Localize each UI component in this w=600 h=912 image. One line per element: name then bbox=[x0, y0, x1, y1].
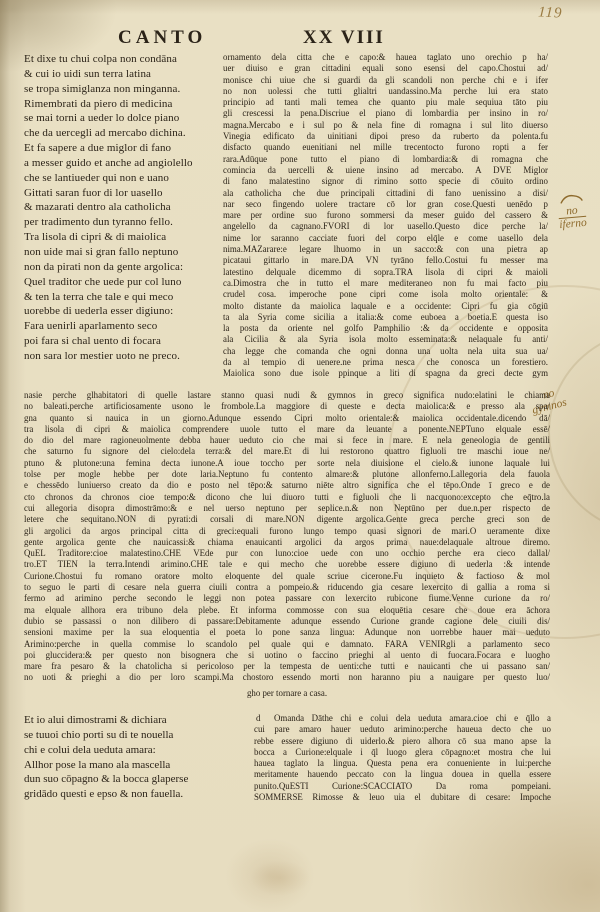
text-line: Rimembrati da piero di medicina bbox=[24, 97, 223, 112]
text-line: & mazarati dentro ala catholicha bbox=[24, 200, 223, 215]
text-line: comincia da uercelli & uiene insino ad m… bbox=[223, 165, 548, 176]
text-line: principio ad tanti mali temea che quanto… bbox=[223, 97, 548, 108]
text-line: ptuno & plutone:una femina decta iunone.… bbox=[24, 458, 550, 469]
commentary-full-width: nasie perche glhabitatori di quelle last… bbox=[24, 390, 550, 684]
text-line: non sara lor mestier uoto ne preco. bbox=[24, 349, 223, 364]
canto-number: XX VIII bbox=[303, 27, 385, 49]
text-line: che da uercegli ad mercabo dichina. bbox=[24, 126, 223, 141]
text-line: tolse per mogle hebbe per dote laria.Nep… bbox=[24, 469, 550, 480]
text-line: sensioni maxime per la sua eloquentia el… bbox=[24, 627, 550, 638]
text-line: nima.MAZarare:e legare lhuomo in un sacc… bbox=[223, 244, 548, 255]
text-line: gridādo questi e epso & non fauella. bbox=[24, 787, 254, 802]
text-line: to seguo le parti di cesare nela guerra … bbox=[24, 582, 550, 593]
text-line: disfacto quando euenitiani nel mille tre… bbox=[223, 142, 548, 153]
text-line: gna quanto si nauica in un giorno.Adunqu… bbox=[24, 413, 550, 424]
text-line: fermo ad arimino perche secondo le leggi… bbox=[24, 593, 550, 604]
text-line: di fano malatestino signor di rimino sot… bbox=[223, 176, 548, 187]
text-line: non da pirati non da gente argolica: bbox=[24, 260, 223, 275]
text-line: mare per ordine suo furono sommersi da m… bbox=[223, 210, 548, 221]
margin-note-upper: no iferno bbox=[544, 191, 599, 233]
verse-column-bottom: Et io alui dimostrami & dichiarase tuuoi… bbox=[24, 713, 254, 803]
text-line: uer diuiso e gran cittadini equali sono … bbox=[223, 63, 548, 74]
text-line: & ten la terra che tale e qui meco bbox=[24, 290, 223, 305]
text-line: e chessēdo luniuerso creato da dio e pos… bbox=[24, 480, 550, 491]
text-line: Arimino:perche in quella commise lo scan… bbox=[24, 639, 550, 650]
text-line: magna.Mercabo e i sul po & nela fine di … bbox=[223, 120, 548, 131]
text-line: se mai torni a ueder lo dolce piano bbox=[24, 111, 223, 126]
text-line: hauea taglato la lingua. Questa pena era… bbox=[254, 758, 551, 769]
paragraph-mark: d bbox=[256, 713, 261, 723]
text-line: no baleati.perche artificiosamente usono… bbox=[24, 401, 550, 412]
text-line: gente argolica gente che nauicassi:& chi… bbox=[24, 537, 550, 548]
text-line: molto distante da maiolica laquale e a o… bbox=[223, 301, 548, 312]
text-line: Et io alui dimostrami & dichiara bbox=[24, 713, 254, 728]
text-line: gli crescessi la pena.Discriue el piano … bbox=[223, 108, 548, 119]
text-line: QuEL Traditore:cioe malatestino.CHE VEde… bbox=[24, 548, 550, 559]
text-line: do dio del mare ragioneuolmente debba ha… bbox=[24, 435, 550, 446]
text-line: tro.ET TIEN la terra.Intendi arimino.CHE… bbox=[24, 559, 550, 570]
top-section: Et dixe tu chui colpa non condāna& cui i… bbox=[24, 52, 548, 380]
text-line: non uide mai si gran fallo neptuno bbox=[24, 245, 223, 260]
text-line: mare fra pesaro & la chatolicha si peric… bbox=[24, 661, 550, 672]
blind-stamp-circle-inner bbox=[548, 330, 600, 534]
text-line: punito.QuESTI Curione:SCACCIATO Da roma … bbox=[254, 781, 551, 792]
text-line: la posta da oriente nel golfo Pamphilio … bbox=[223, 323, 548, 334]
text-line: cui allegoria disopra dimostrāmo:& e nel… bbox=[24, 503, 550, 514]
text-line: tra lisola di cipri & maiolica comprende… bbox=[24, 424, 550, 435]
text-line: meritamente hauendo peccato con la lingu… bbox=[254, 769, 551, 780]
text-line: Allhor pose la mano ala mascella bbox=[24, 758, 254, 773]
text-line: no non uolessi che tutti glialtri uandas… bbox=[223, 86, 548, 97]
text-line: uorebbe di uederla esser digiuno: bbox=[24, 304, 223, 319]
text-line: che se lantiueder qui non e uano bbox=[24, 171, 223, 186]
text-line: cto chronos da chronos cioe tempo:& dico… bbox=[24, 492, 550, 503]
text-line: Quel traditor che uede pur col luno bbox=[24, 275, 223, 290]
text-line: latestino delquale dicemmo di sopra.TRA … bbox=[223, 267, 548, 278]
text-line: crudel cosa. imperoche pone cipri come i… bbox=[223, 289, 548, 300]
text-line: cha legge che comanda che ogni donna una… bbox=[223, 346, 548, 357]
commentary-bottom-lines: Omanda Dāthe chi e colui dela ueduta ama… bbox=[254, 713, 551, 803]
text-line: ala catholicha che due principali cittad… bbox=[223, 188, 548, 199]
text-line: monisce chi uiue che si guardi da gli sc… bbox=[223, 75, 548, 86]
text-line: se tropa simiglanza non minganna. bbox=[24, 82, 223, 97]
text-line: ornamento dela citta che e capo:& hauea … bbox=[223, 52, 548, 63]
text-line: gli argolici da argos principal citta di… bbox=[24, 526, 550, 537]
text-line: Omanda Dāthe chi e colui dela ueduta ama… bbox=[254, 713, 551, 724]
text-line: Et fa sapere a due miglor di fano bbox=[24, 141, 223, 156]
text-line: ala Cicilia & ala Syria isola molto esse… bbox=[223, 334, 548, 345]
commentary-column-bottom: d Omanda Dāthe chi e colui dela ueduta a… bbox=[254, 713, 551, 803]
text-line: & cui io uidi sun terra latina bbox=[24, 67, 223, 82]
text-line: Tra lisola di cipri & di maiolica bbox=[24, 230, 223, 245]
text-line: Gittati saran fuor di lor uasello bbox=[24, 186, 223, 201]
text-line: dubio se passassi o non dilibero di pass… bbox=[24, 616, 550, 627]
text-line: ca.Dimostra che in tutto el mare mediter… bbox=[223, 278, 548, 289]
text-line: a messer guido et anche ad angiolello bbox=[24, 156, 223, 171]
text-line: letere che sequitano.NON di pyrati:di co… bbox=[24, 514, 550, 525]
text-line: rebbe essere digiuno di uiderlo.& piero … bbox=[254, 736, 551, 747]
text-line: poi fara si chal uento di focara bbox=[24, 334, 223, 349]
commentary-column-right: ornamento dela citta che e capo:& hauea … bbox=[223, 52, 548, 380]
text-line: nasie perche glhabitatori di quelle last… bbox=[24, 390, 550, 401]
text-line: Et dixe tu chui colpa non condāna bbox=[24, 52, 223, 67]
text-line: picataui gittarlo in mare.DA VN tyrāno f… bbox=[223, 255, 548, 266]
text-line: bocca a Curione:elquale i q̄l luogo gler… bbox=[254, 747, 551, 758]
text-line: rara.Adūque pone tutto el piano di lomba… bbox=[223, 154, 548, 165]
text-line: per tradimento dun tyranno fello. bbox=[24, 215, 223, 230]
running-header: CANTO XX VIII bbox=[0, 27, 600, 51]
text-line: nar seco fingendo uolere tractare cō lor… bbox=[223, 199, 548, 210]
text-line: Fara uenirli aparlamento seco bbox=[24, 319, 223, 334]
text-line: dun suo cōpagno & la bocca glaperse bbox=[24, 772, 254, 787]
text-line: cui pare amaro hauer ueduto arimino:perc… bbox=[254, 724, 551, 735]
canto-label: CANTO bbox=[118, 27, 206, 49]
text-line: da al tempio di uenere.ne prima nesca ch… bbox=[223, 357, 548, 368]
book-page: CANTO XX VIII 119 no iferno no gymnos Et… bbox=[0, 0, 600, 912]
text-line: angelello da cagnano.FVORI di lor uasell… bbox=[223, 221, 548, 232]
text-line: Vinegia edificato da uinitiani dipoi pre… bbox=[223, 131, 548, 142]
text-line: nime lor saranno cacciate fuori del corp… bbox=[223, 233, 548, 244]
text-line: no uoti & prieghi a dio per loro scampi.… bbox=[24, 672, 550, 683]
text-line: se tuuoi chio porti su di te nouella bbox=[24, 728, 254, 743]
text-line: SOMMERSE Rimosse & leuo uia el dubitare … bbox=[254, 792, 551, 803]
handwritten-folio-number: 119 bbox=[538, 4, 563, 22]
paper-stain bbox=[250, 860, 310, 896]
text-line: poi gluccidera:& per questo non bisogner… bbox=[24, 650, 550, 661]
commentary-closing-line: gho per tornare a casa. bbox=[24, 688, 550, 698]
text-line: ta ala Syria come sicilia a italia:& com… bbox=[223, 312, 548, 323]
bottom-section: Et io alui dimostrami & dichiarase tuuoi… bbox=[24, 713, 551, 803]
text-line: ma elquale allhora era tribuno dela pleb… bbox=[24, 605, 550, 616]
verse-column-top: Et dixe tu chui colpa non condāna& cui i… bbox=[24, 52, 223, 380]
text-line: che saturno fu signore del cielo:dela te… bbox=[24, 446, 550, 457]
text-line: Curione.Chostui fu romano oratore molto … bbox=[24, 571, 550, 582]
text-line: chi e colui dela ueduta amara: bbox=[24, 743, 254, 758]
text-line: Maiolica sono due isole ppinque a liti d… bbox=[223, 368, 548, 379]
